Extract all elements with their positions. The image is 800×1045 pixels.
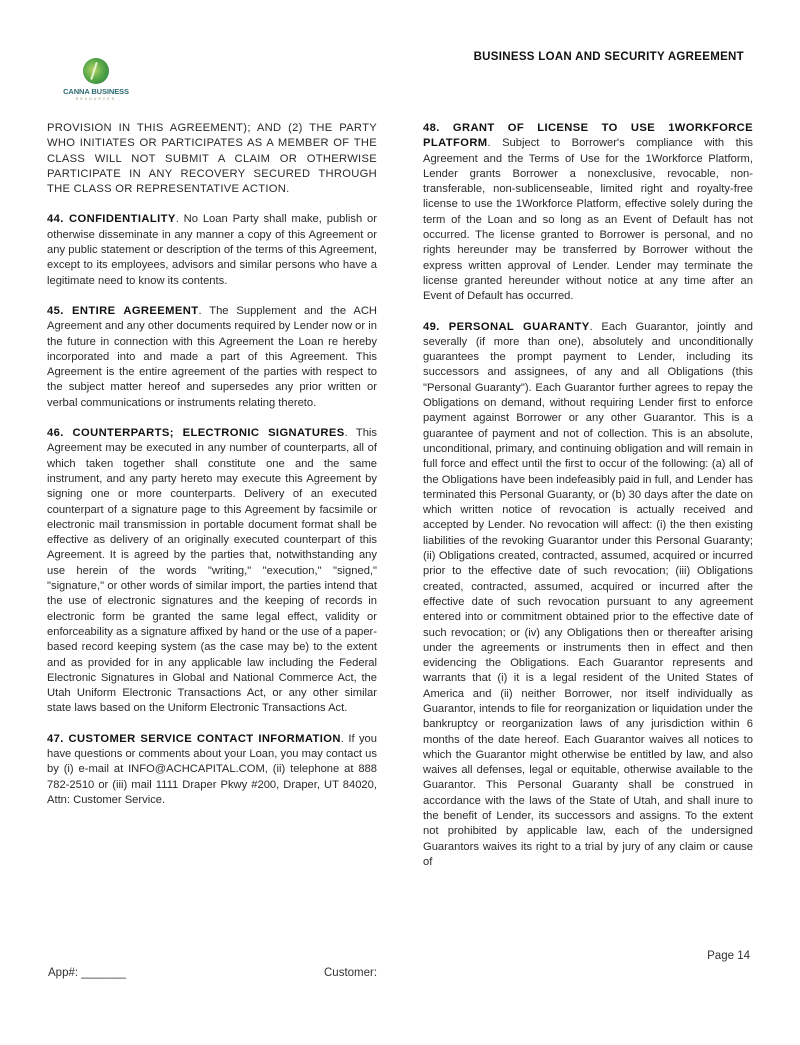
app-number-field: App#: _______ — [48, 967, 126, 979]
section-46: 46. COUNTERPARTS; ELECTRONIC SIGNATURES.… — [47, 426, 377, 717]
continued-provision: PROVISION IN THIS AGREEMENT); AND (2) TH… — [47, 121, 377, 197]
document-title: BUSINESS LOAN AND SECURITY AGREEMENT — [474, 51, 744, 63]
section-body: . Each Guarantor, jointly and severally … — [423, 321, 753, 868]
customer-field: Customer: — [324, 967, 377, 979]
left-column: PROVISION IN THIS AGREEMENT); AND (2) TH… — [47, 121, 377, 823]
section-44: 44. CONFIDENTIALITY. No Loan Party shall… — [47, 212, 377, 288]
section-heading: 46. COUNTERPARTS; ELECTRONIC SIGNATURES — [47, 427, 345, 439]
section-body: . This Agreement may be executed in any … — [47, 427, 377, 714]
logo-subtitle: RESOURCES — [46, 97, 146, 101]
section-heading: 45. ENTIRE AGREEMENT — [47, 305, 198, 317]
section-heading: 49. PERSONAL GUARANTY — [423, 321, 590, 333]
section-body: . Subject to Borrower's compliance with … — [423, 137, 753, 302]
section-48: 48. GRANT OF LICENSE TO USE 1WORKFORCE P… — [423, 121, 753, 305]
logo-name: CANNA BUSINESS — [46, 87, 146, 96]
section-47: 47. CUSTOMER SERVICE CONTACT INFORMATION… — [47, 732, 377, 808]
company-logo: CANNA BUSINESS RESOURCES — [46, 58, 146, 101]
right-column: 48. GRANT OF LICENSE TO USE 1WORKFORCE P… — [423, 121, 753, 885]
section-body: . The Supplement and the ACH Agreement a… — [47, 305, 377, 409]
section-heading: 47. CUSTOMER SERVICE CONTACT INFORMATION — [47, 733, 341, 745]
section-49: 49. PERSONAL GUARANTY. Each Guarantor, j… — [423, 320, 753, 871]
page-number: Page 14 — [707, 950, 750, 962]
section-heading: 44. CONFIDENTIALITY — [47, 213, 176, 225]
leaf-globe-icon — [83, 58, 109, 84]
section-45: 45. ENTIRE AGREEMENT. The Supplement and… — [47, 304, 377, 411]
